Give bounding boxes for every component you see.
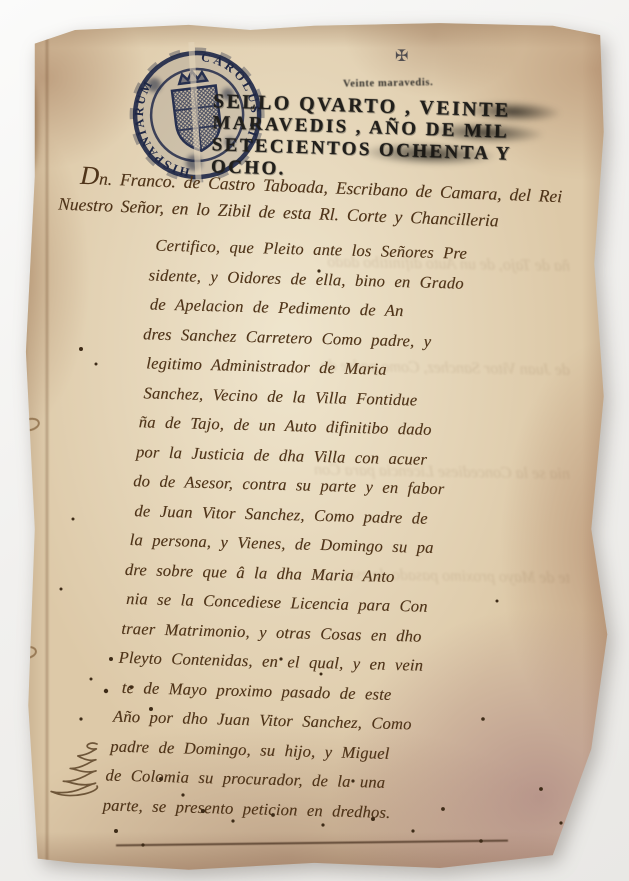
- binding-stitch: [19, 416, 42, 433]
- closing-rule: [116, 840, 508, 847]
- spiral-doodle: [35, 738, 121, 804]
- photo-backdrop: CAROLUS III HISPANIARUM ✠ Veinte maraved…: [0, 0, 629, 881]
- binding-stitch: [16, 644, 38, 660]
- manuscript-body: Certifico, que Pleito ante los Señores P…: [124, 230, 591, 832]
- edge-stain: [22, 80, 38, 172]
- paper-shadow: CAROLUS III HISPANIARUM ✠ Veinte maraved…: [0, 0, 629, 881]
- ink-speckles: [20, 18, 22, 20]
- document-paper: CAROLUS III HISPANIARUM ✠ Veinte maraved…: [20, 18, 612, 874]
- cross-mark-icon: ✠: [395, 46, 408, 66]
- maravedis-gothic-line: Veinte maravedis.: [343, 77, 433, 90]
